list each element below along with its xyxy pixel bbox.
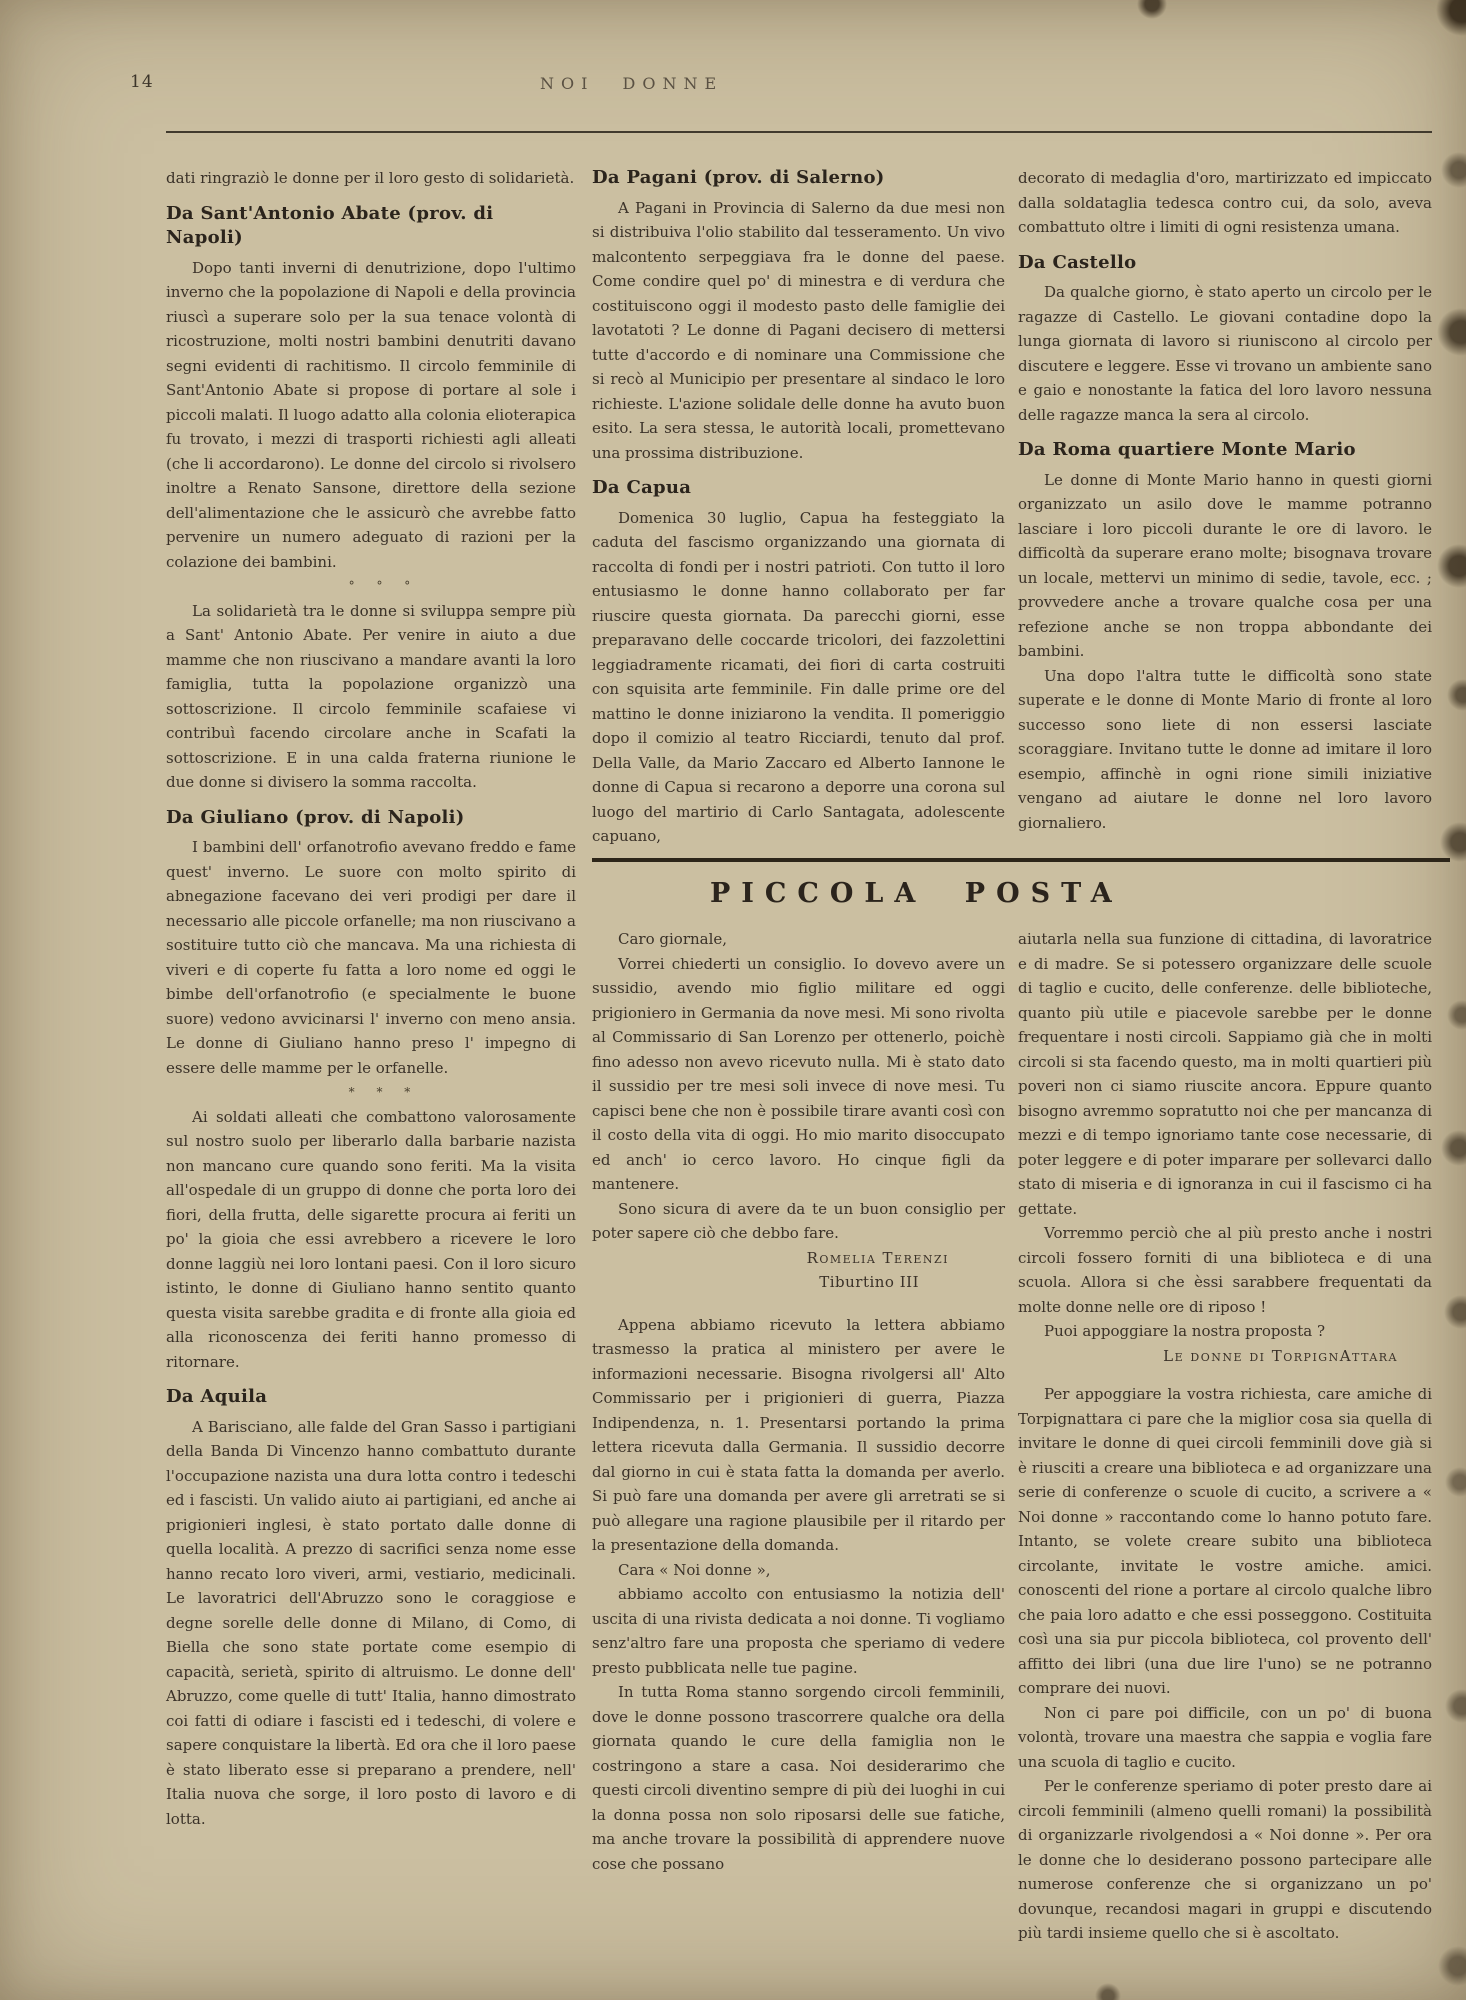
article-paragraph: dati ringraziò le donne per il loro gest… — [166, 166, 576, 191]
article-paragraph: Una dopo l'altra tutte le difficoltà son… — [1018, 664, 1432, 836]
editor-reply-paragraph: Per appoggiare la vostra richiesta, care… — [1018, 1382, 1432, 1701]
article-heading-capua: Da Capua — [592, 476, 1005, 501]
article-heading-sant-antonio-abate: Da Sant'Antonio Abate (prov. di Napoli) — [166, 202, 576, 251]
article-paragraph: A Pagani in Provincia di Salerno da due … — [592, 196, 1005, 466]
news-columns-top: Da Pagani (prov. di Salerno) A Pagani in… — [592, 152, 1432, 852]
masthead-title: NOI DONNE — [540, 74, 723, 93]
article-heading-monte-mario: Da Roma quartiere Monte Mario — [1018, 438, 1432, 463]
article-heading-castello: Da Castello — [1018, 251, 1432, 276]
editor-reply-paragraph: Per le conferenze speriamo di poter pres… — [1018, 1774, 1432, 1946]
article-paragraph: decorato di medaglia d'oro, martirizzato… — [1018, 166, 1432, 240]
column-middle-top: Da Pagani (prov. di Salerno) A Pagani in… — [592, 166, 1005, 852]
article-paragraph: A Barisciano, alle falde del Gran Sasso … — [166, 1415, 576, 1832]
header-rule — [166, 131, 1432, 133]
letter-opener: Caro giornale, — [592, 927, 1005, 952]
article-paragraph: Dopo tanti inverni di denutrizione, dopo… — [166, 256, 576, 575]
section-separator: * * * — [166, 1080, 576, 1105]
letter-paragraph: Vorremmo perciò che al più presto anche … — [1018, 1221, 1432, 1319]
article-heading-pagani: Da Pagani (prov. di Salerno) — [592, 166, 1005, 191]
piccola-posta-right-column: aiutarla nella sua funzione di cittadina… — [1018, 927, 1432, 1946]
piccola-posta-columns: Caro giornale, Vorrei chiederti un consi… — [592, 927, 1432, 1946]
piccola-posta-rule — [592, 858, 1450, 862]
page-number: 14 — [130, 72, 154, 92]
article-paragraph: Ai soldati alleati che combattono valoro… — [166, 1105, 576, 1375]
right-two-columns: Da Pagani (prov. di Salerno) A Pagani in… — [592, 152, 1432, 1946]
column-left: dati ringraziò le donne per il loro gest… — [166, 152, 576, 1946]
piccola-posta-title: PICCOLA POSTA — [710, 878, 1123, 909]
letter-signature-group: Le donne di TorpignAttara — [1018, 1344, 1432, 1369]
article-paragraph: I bambini dell' orfanotrofio avevano fre… — [166, 835, 576, 1080]
section-separator: ° ° ° — [166, 574, 576, 599]
article-heading-aquila: Da Aquila — [166, 1385, 576, 1410]
article-heading-giuliano: Da Giuliano (prov. di Napoli) — [166, 806, 576, 831]
letter-paragraph: Puoi appoggiare la nostra proposta ? — [1018, 1319, 1432, 1344]
page-content: dati ringraziò le donne per il loro gest… — [166, 152, 1432, 1946]
letter-paragraph: abbiamo accolto con entusiasmo la notizi… — [592, 1582, 1005, 1680]
column-right-top: decorato di medaglia d'oro, martirizzato… — [1018, 166, 1432, 852]
newspaper-page: 14 NOI DONNE dati ringraziò le donne per… — [0, 0, 1466, 2000]
article-paragraph: Da qualche giorno, è stato aperto un cir… — [1018, 280, 1432, 427]
letter-paragraph: Vorrei chiederti un consiglio. Io dovevo… — [592, 952, 1005, 1197]
letter-paragraph: aiutarla nella sua funzione di cittadina… — [1018, 927, 1432, 1221]
letter-opener: Cara « Noi donne », — [592, 1558, 1005, 1583]
piccola-posta-left-column: Caro giornale, Vorrei chiederti un consi… — [592, 927, 1005, 1946]
editor-reply-paragraph: Appena abbiamo ricevuto la lettera abbia… — [592, 1313, 1005, 1558]
letter-signature-place: Tiburtino III — [592, 1270, 1005, 1295]
letter-paragraph: Sono sicura di avere da te un buon consi… — [592, 1197, 1005, 1246]
article-paragraph: Le donne di Monte Mario hanno in questi … — [1018, 468, 1432, 664]
letter-signature-name: Romelia Terenzi — [592, 1246, 1005, 1271]
article-paragraph: La solidarietà tra le donne si sviluppa … — [166, 599, 576, 795]
article-paragraph: Domenica 30 luglio, Capua ha festeggiato… — [592, 506, 1005, 849]
letter-paragraph: In tutta Roma stanno sorgendo circoli fe… — [592, 1680, 1005, 1876]
editor-reply-paragraph: Non ci pare poi difficile, con un po' di… — [1018, 1701, 1432, 1775]
